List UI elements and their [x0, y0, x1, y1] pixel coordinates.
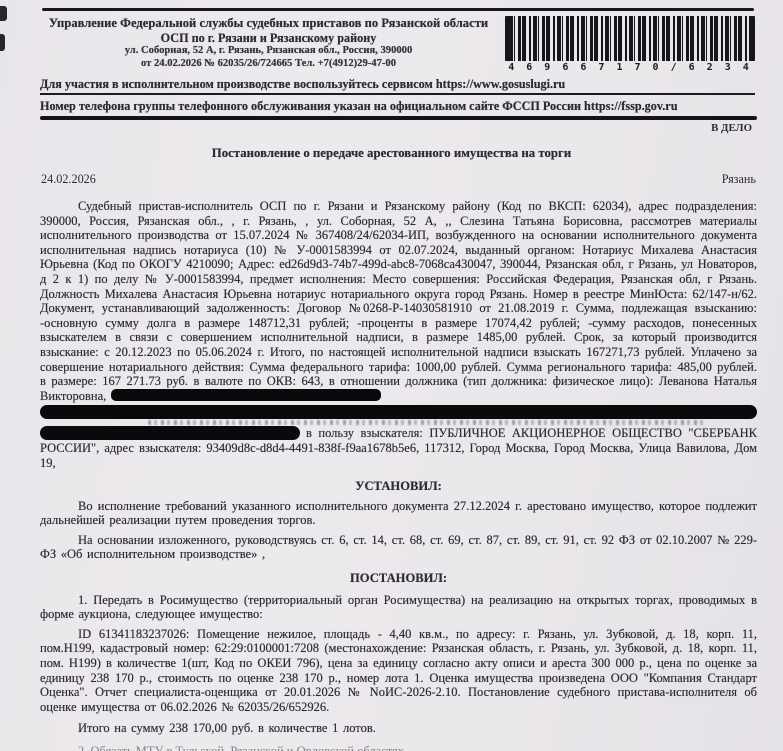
redacted-text-remnant [148, 420, 707, 425]
redaction-bar-2 [40, 405, 757, 419]
header-top-rule [42, 8, 754, 11]
cutoff-line: 2. Обязать МТУ в Тульской, Рязанской и О… [40, 744, 757, 751]
letterhead: Управление Федеральной службы судебных п… [40, 16, 755, 73]
legal-basis-paragraph: На основании изложенного, руководствуясь… [40, 533, 757, 562]
dept-name: ОСП по г. Рязани и Рязанскому району [40, 31, 497, 45]
document-page: Управление Федеральной службы судебных п… [0, 0, 783, 751]
scan-artifact [0, 6, 7, 21]
redaction-bar-3 [40, 426, 300, 440]
phone-notice: Номер телефона группы телефонного обслуж… [40, 99, 755, 113]
property-description-paragraph: ID 61341183237026: Помещение нежилое, пл… [40, 627, 757, 715]
letterhead-text: Управление Федеральной службы судебных п… [40, 16, 505, 70]
barcode-image [505, 16, 755, 61]
barcode: 4 6 9 6 6 7 1 7 0 / 6 2 3 4 [505, 16, 755, 73]
case-details-text: Судебный пристав-исполнитель ОСП по г. Р… [40, 199, 757, 403]
org-name: Управление Федеральной службы судебных п… [40, 16, 497, 31]
document-body: Судебный пристав-исполнитель ОСП по г. Р… [40, 199, 757, 736]
ustanovil-heading: УСТАНОВИЛ: [40, 479, 757, 494]
scan-artifact [0, 34, 5, 51]
postanovil-heading: ПОСТАНОВИЛ: [40, 571, 757, 586]
divider-thick [40, 116, 757, 120]
total-amount-line: Итого на сумму 238 170,00 руб. в количес… [40, 721, 757, 736]
creditor-paragraph: в пользу взыскателя: ПУБЛИЧНОЕ АКЦИОНЕРН… [40, 426, 757, 470]
org-address: ул. Соборная, 52 А, г. Рязань, Рязанская… [40, 45, 497, 58]
case-file-mark: В ДЕЛО [0, 122, 752, 134]
doc-ref-number: от 24.02.2026 № 62035/26/724665 Тел. +7(… [40, 58, 497, 71]
established-paragraph: Во исполнение требований указанного испо… [40, 499, 757, 528]
redaction-bar-1 [111, 389, 381, 401]
document-city: Рязань [722, 172, 756, 187]
document-date: 24.02.2026 [41, 172, 96, 187]
barcode-digits: 4 6 9 6 6 7 1 7 0 / 6 2 3 4 [505, 62, 755, 73]
date-row: 24.02.2026 Рязань [41, 172, 756, 187]
order-item-1-paragraph: 1. Передать в Росимущество (территориаль… [40, 593, 757, 622]
gosuslugi-notice: Для участия в исполнительном производств… [40, 77, 755, 91]
case-details-paragraph: Судебный пристав-исполнитель ОСП по г. Р… [40, 199, 757, 403]
document-title: Постановление о передаче арестованного и… [0, 146, 783, 161]
divider-thin [40, 93, 755, 95]
